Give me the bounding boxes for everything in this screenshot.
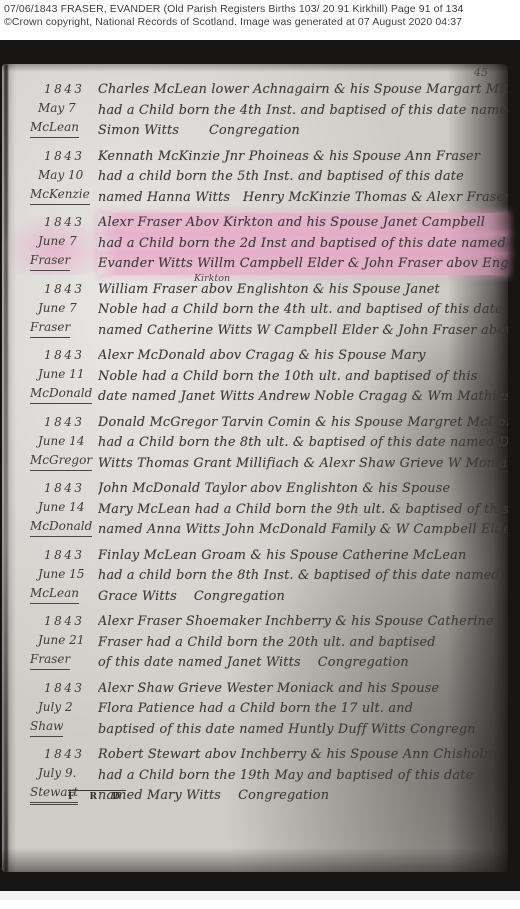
entry-line-1: John McDonald Taylor abov Englishton & h… xyxy=(98,479,508,500)
entry-line-1: Alexr McDonald abov Cragag & his Spouse … xyxy=(98,346,508,367)
copyright-line: ©Crown copyright, National Records of Sc… xyxy=(4,16,520,29)
entry-line-3: named Hanna Witts Henry McKinzie Thomas … xyxy=(98,188,508,209)
entry-date-column: 1843 June 7 Fraser xyxy=(2,213,98,275)
entry-date-column: 1843 June 14 McGregor xyxy=(2,413,98,475)
entry-line-3: of this date named Janet Witts Congregat… xyxy=(98,653,508,674)
entry-date-column: 1843 June 11 McDonald xyxy=(2,346,98,408)
entry-line-2: Noble had a Child born the 10th ult. and… xyxy=(98,367,508,388)
entry-line-2: had a Child born the 4th Inst. and bapti… xyxy=(98,101,508,122)
entry-text: Robert Stewart abov Inchberry & his Spou… xyxy=(98,745,508,807)
entry-line-2: had a Child born the 2d Inst and baptise… xyxy=(98,234,508,255)
entry-text: Alexr Fraser Shoemaker Inchberry & his S… xyxy=(98,612,508,674)
entry-line-2: had a child born the 5th Inst. and bapti… xyxy=(98,167,508,188)
register-entry: 1843 June 21 Fraser Alexr Fraser Shoemak… xyxy=(2,612,508,674)
entry-year: 1843 xyxy=(44,612,98,631)
entry-line-3: named Catherine Witts W Campbell Elder &… xyxy=(98,321,508,342)
entry-line-1: Alexr Shaw Grieve Wester Moniack and his… xyxy=(98,679,508,700)
entry-surname: McLean xyxy=(30,118,79,138)
entry-line-2: Flora Patience had a Child born the 17 u… xyxy=(98,699,508,720)
entry-text: Charles McLean lower Achnagairn & his Sp… xyxy=(98,80,508,142)
entry-year: 1843 xyxy=(44,147,98,166)
entry-year: 1843 xyxy=(44,479,98,498)
entry-surname: Shaw xyxy=(30,717,63,737)
register-entry: 1843 June 15 McLean Finlay McLean Groam … xyxy=(2,546,508,608)
entry-year: 1843 xyxy=(44,346,98,365)
entry-line-2: had a Child born the 8th ult. & baptised… xyxy=(98,433,508,454)
entry-year: 1843 xyxy=(44,546,98,565)
entry-date-column: 1843 June 15 McLean xyxy=(2,546,98,608)
record-title: 07/06/1843 FRASER, EVANDER (Old Parish R… xyxy=(4,3,520,16)
entry-text: Kirkton William Fraser abov Englishton &… xyxy=(98,280,508,342)
entry-text: Donald McGregor Tarvin Comin & his Spous… xyxy=(98,413,508,475)
entry-surname: McDonald xyxy=(30,384,92,404)
entry-line-2: had a child born the 8th Inst. & baptise… xyxy=(98,566,508,587)
entry-date: June 11 xyxy=(38,365,98,384)
entry-line-3: Grace Witts Congregation xyxy=(98,587,508,608)
entry-surname: Fraser xyxy=(30,650,70,670)
entry-line-1: Donald McGregor Tarvin Comin & his Spous… xyxy=(98,413,508,434)
entry-surname: Fraser xyxy=(30,251,70,271)
register-entry: 1843 June 7 Fraser Kirkton William Frase… xyxy=(2,280,508,342)
register-entries: 1843 May 7 McLean Charles McLean lower A… xyxy=(2,80,508,812)
entry-line-1: Alexr Fraser Abov Kirkton and his Spouse… xyxy=(98,213,508,234)
entry-date: June 14 xyxy=(38,432,98,451)
entry-date: July 2 xyxy=(38,698,98,717)
entry-text: John McDonald Taylor abov Englishton & h… xyxy=(98,479,508,541)
entry-surname: McLean xyxy=(30,584,79,604)
entry-line-2: Mary McLean had a Child born the 9th ult… xyxy=(98,500,508,521)
entry-line-1: Robert Stewart abov Inchberry & his Spou… xyxy=(98,745,508,766)
entry-line-3: date named Janet Witts Andrew Noble Crag… xyxy=(98,387,508,408)
entry-line-3: Witts Thomas Grant Millifiach & Alexr Sh… xyxy=(98,454,508,475)
entry-date-column: 1843 June 14 McDonald xyxy=(2,479,98,541)
register-entry: 1843 June 7 Fraser Alexr Fraser Abov Kir… xyxy=(2,213,508,275)
entry-date-column: 1843 May 7 McLean xyxy=(2,80,98,142)
interline-note: Kirkton xyxy=(194,273,230,284)
scan-bottom-strip xyxy=(0,891,520,900)
entry-line-1: Alexr Fraser Shoemaker Inchberry & his S… xyxy=(98,612,508,633)
entry-year: 1843 xyxy=(44,280,98,299)
entry-year: 1843 xyxy=(44,413,98,432)
entry-year: 1843 xyxy=(44,745,98,764)
entry-year: 1843 xyxy=(44,80,98,99)
register-entry: 1843 June 14 McDonald John McDonald Tayl… xyxy=(2,479,508,541)
entry-date-column: 1843 June 21 Fraser xyxy=(2,612,98,674)
entry-text: Kennath McKinzie Jnr Phoineas & his Spou… xyxy=(98,147,508,209)
session-clerk-mark: F R D xyxy=(68,790,126,802)
entry-date-column: 1843 May 10 McKenzie xyxy=(2,147,98,209)
entry-line-3: baptised of this date named Huntly Duff … xyxy=(98,720,508,741)
register-scan: 45 1843 May 7 McLean Charles McLean lowe… xyxy=(0,40,520,900)
entry-line-2: Noble had a Child born the 4th ult. and … xyxy=(98,300,508,321)
register-entry: 1843 June 14 McGregor Donald McGregor Ta… xyxy=(2,413,508,475)
entry-date: June 7 xyxy=(38,299,98,318)
entry-date-column: 1843 June 7 Fraser xyxy=(2,280,98,342)
entry-line-2: had a Child born the 19th May and baptis… xyxy=(98,766,508,787)
entry-text: Alexr Shaw Grieve Wester Moniack and his… xyxy=(98,679,508,741)
register-entry: 1843 July 2 Shaw Alexr Shaw Grieve Weste… xyxy=(2,679,508,741)
entry-date-column: 1843 July 2 Shaw xyxy=(2,679,98,741)
entry-line-3: Simon Witts Congregation xyxy=(98,121,508,142)
entry-date: June 15 xyxy=(38,565,98,584)
entry-date: June 21 xyxy=(38,631,98,650)
entry-date: May 7 xyxy=(38,99,98,118)
entry-line-3: named Mary Witts Congregation xyxy=(98,786,508,807)
register-entry: 1843 June 11 McDonald Alexr McDonald abo… xyxy=(2,346,508,408)
entry-date: June 7 xyxy=(38,232,98,251)
folio-number: 45 xyxy=(474,66,488,79)
entry-line-1: Charles McLean lower Achnagairn & his Sp… xyxy=(98,80,508,101)
entry-line-2: Fraser had a Child born the 20th ult. an… xyxy=(98,633,508,654)
entry-year: 1843 xyxy=(44,213,98,232)
entry-surname: McGregor xyxy=(30,451,92,471)
entry-date: July 9. xyxy=(38,764,98,783)
entry-surname: Fraser xyxy=(30,318,70,338)
viewer-header: 07/06/1843 FRASER, EVANDER (Old Parish R… xyxy=(0,0,520,40)
entry-surname: McDonald xyxy=(30,517,92,537)
entry-line-1: Finlay McLean Groam & his Spouse Catheri… xyxy=(98,546,508,567)
entry-date: June 14 xyxy=(38,498,98,517)
entry-line-1: Kennath McKinzie Jnr Phoineas & his Spou… xyxy=(98,147,508,168)
entry-year: 1843 xyxy=(44,679,98,698)
entry-text: Finlay McLean Groam & his Spouse Catheri… xyxy=(98,546,508,608)
entry-text: Alexr McDonald abov Cragag & his Spouse … xyxy=(98,346,508,408)
entry-surname: McKenzie xyxy=(30,185,90,205)
entry-line-3: Evander Witts Willm Campbell Elder & Joh… xyxy=(98,254,508,275)
register-entry: 1843 May 7 McLean Charles McLean lower A… xyxy=(2,80,508,142)
entry-line-1: William Fraser abov Englishton & his Spo… xyxy=(98,280,508,301)
entry-text: Alexr Fraser Abov Kirkton and his Spouse… xyxy=(98,213,508,275)
entry-line-3: named Anna Witts John McDonald Family & … xyxy=(98,520,508,541)
register-entry: 1843 May 10 McKenzie Kennath McKinzie Jn… xyxy=(2,147,508,209)
register-page: 45 1843 May 7 McLean Charles McLean lowe… xyxy=(2,64,508,872)
entry-date: May 10 xyxy=(38,166,98,185)
